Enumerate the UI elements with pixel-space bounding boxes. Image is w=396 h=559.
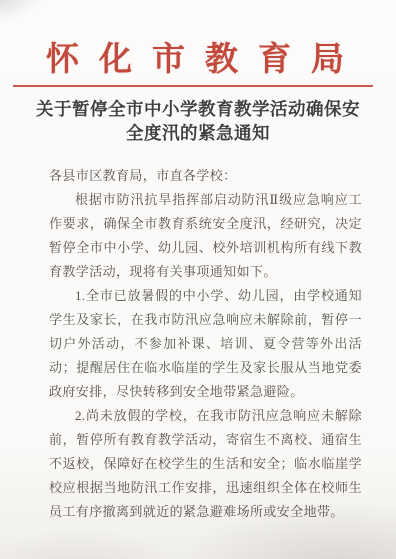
paragraph-item-1: 1.全市已放暑假的中小学、幼儿园，由学校通知学生及家长，在我市防汛应急响应未解除… [49,284,362,404]
letterhead-divider-line [13,85,373,87]
notice-title-line-2: 全度汛的紧急通知 [0,121,396,145]
notice-title: 关于暂停全市中小学教育教学活动确保安 全度汛的紧急通知 [0,97,396,145]
paragraph-item-2: 2.尚未放假的学校，在我市防汛应急响应未解除前，暂停所有教育教学活动，寄宿生不离… [49,404,362,524]
paragraph-intro: 根据市防汛抗旱指挥部启动防汛Ⅱ级应急响应工作要求，确保全市教育系统安全度汛，经研… [49,188,362,284]
salutation-line: 各县市区教育局，市直各学校： [49,164,362,188]
notice-title-line-1: 关于暂停全市中小学教育教学活动确保安 [0,97,396,121]
scanned-notice-page: 怀化市教育局 关于暂停全市中小学教育教学活动确保安 全度汛的紧急通知 各县市区教… [0,0,396,559]
letterhead-agency-name: 怀化市教育局 [0,33,396,80]
notice-body: 各县市区教育局，市直各学校： 根据市防汛抗旱指挥部启动防汛Ⅱ级应急响应工作要求，… [49,164,362,524]
